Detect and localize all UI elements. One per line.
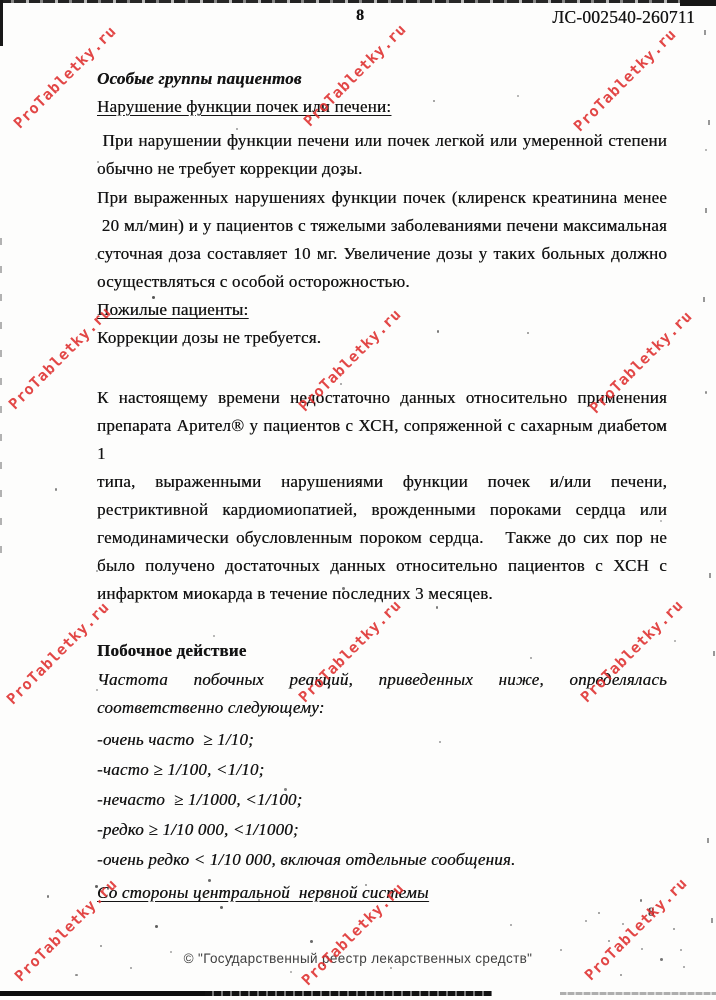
- freq-list-line: -очень редко < 1/10 000, включая отдельн…: [97, 845, 667, 875]
- renal-subheading-line: Нарушение функции почек или печени:: [97, 93, 667, 121]
- scan-edge-dash: [0, 266, 2, 273]
- scan-edge-dash: [0, 434, 2, 441]
- ghost-page-number: 8: [648, 904, 655, 920]
- scan-edge-dash: [0, 238, 2, 245]
- scan-edge-dash: [0, 294, 2, 301]
- para-mild: При нарушении функции печени или почек л…: [97, 127, 667, 183]
- para-severe-line: 20 мл/мин) и у пациентов с тяжелыми забо…: [97, 212, 667, 240]
- scan-speck: [236, 128, 238, 130]
- scan-speck: [437, 330, 439, 333]
- scan-edge-tick: [707, 838, 709, 843]
- scan-speck: [310, 940, 313, 943]
- scan-edge-tick: [711, 918, 713, 923]
- scan-speck: [585, 920, 587, 922]
- freq-list-line: -очень часто ≥ 1/10;: [97, 725, 667, 755]
- scan-speck: [517, 95, 519, 97]
- scan-speck: [660, 958, 663, 961]
- scan-speck: [175, 799, 177, 801]
- scan-speck: [170, 951, 172, 953]
- scan-speck: [152, 296, 155, 299]
- scan-edge-bottom: [0, 991, 205, 996]
- scan-speck: [622, 923, 624, 925]
- freq-list: -очень часто ≥ 1/10;-часто ≥ 1/100, <1/1…: [97, 725, 667, 875]
- special-heading-line: Особые группы пациентов: [97, 65, 667, 93]
- para-severe: При выраженных нарушениях функции почек …: [97, 184, 667, 296]
- footer-copyright: © "Государственный реестр лекарственных …: [0, 951, 716, 966]
- scan-speck: [660, 520, 662, 522]
- elderly-line: Коррекции дозы не требуется.: [97, 324, 667, 352]
- scan-edge-bottom-faint: [560, 992, 716, 995]
- scan-speck: [433, 100, 435, 102]
- freq-list-line: -нечасто ≥ 1/1000, <1/100;: [97, 785, 667, 815]
- scan-speck: [341, 172, 344, 176]
- scan-edge-dash: [0, 350, 2, 357]
- page-number: 8: [348, 7, 372, 25]
- scan-speck: [208, 879, 211, 882]
- para-severe-line: При выраженных нарушениях функции почек …: [97, 184, 667, 212]
- scan-edge-bottom-dashed: [205, 991, 492, 996]
- scan-speck: [705, 391, 707, 394]
- scan-speck: [96, 689, 98, 691]
- scan-speck: [527, 332, 529, 334]
- scan-speck: [258, 899, 260, 901]
- para-insufficient-line: гемодинамически обусловленным пороком се…: [97, 524, 667, 552]
- scan-edge-tick: [703, 297, 705, 302]
- scan-edge-dash: [0, 462, 2, 469]
- freq-list-line: -редко ≥ 1/10 000, <1/1000;: [97, 815, 667, 845]
- scan-edge-left: [0, 0, 3, 46]
- cns-subheading: Со стороны центральной нервной системы: [97, 879, 667, 907]
- scan-edge-dash: [0, 378, 2, 385]
- scan-speck: [230, 955, 233, 958]
- scan-speck: [530, 657, 532, 659]
- freq-list-line: -часто ≥ 1/100, <1/10;: [97, 755, 667, 785]
- para-insufficient-line: К настоящему времени недостаточно данных…: [97, 384, 667, 412]
- scan-speck: [95, 258, 97, 260]
- scan-speck: [130, 967, 132, 969]
- scan-speck: [673, 928, 675, 930]
- scan-edge-tick: [708, 120, 710, 125]
- scan-speck: [155, 925, 158, 928]
- elderly-line-line: Коррекции дозы не требуется.: [97, 324, 667, 352]
- scan-speck: [47, 895, 49, 898]
- scan-speck: [213, 635, 215, 637]
- scan-edge-top: [0, 0, 716, 3]
- para-insufficient-line: инфарктом миокарда в течение последних 3…: [97, 580, 667, 608]
- scan-speck: [96, 570, 98, 572]
- para-insufficient-line: было получено достаточных данных относит…: [97, 552, 667, 580]
- scan-speck: [510, 924, 512, 926]
- scan-edge-tick: [713, 651, 715, 656]
- cns-subheading-line: Со стороны центральной нервной системы: [97, 879, 667, 907]
- scan-speck: [598, 912, 600, 914]
- elderly-subheading: Пожилые пациенты:: [97, 296, 667, 324]
- scan-speck: [439, 741, 441, 743]
- freq-intro: Частота побочных реакций, приведенных ни…: [97, 666, 667, 722]
- scanned-page: 8 ЛС-002540-260711 Особые группы пациент…: [0, 0, 716, 1000]
- special-heading: Особые группы пациентов: [97, 65, 667, 93]
- scan-speck: [680, 949, 682, 951]
- scan-speck: [100, 945, 102, 947]
- registration-number: ЛС-002540-260711: [552, 7, 695, 28]
- scan-speck: [342, 587, 345, 590]
- scan-speck: [705, 149, 707, 151]
- side-effects-heading-line: Побочное действие: [97, 637, 667, 665]
- scan-speck: [290, 971, 292, 973]
- scan-speck: [95, 885, 98, 888]
- scan-edge-dash: [0, 546, 2, 553]
- scan-speck: [640, 899, 642, 902]
- para-mild-line: обычно не требует коррекции дозы.: [97, 155, 667, 183]
- para-mild-line: При нарушении функции печени или почек л…: [97, 127, 667, 155]
- scan-speck: [436, 606, 438, 609]
- scan-speck: [75, 974, 78, 976]
- freq-intro-line: Частота побочных реакций, приведенных ни…: [97, 666, 667, 694]
- scan-speck: [674, 640, 676, 642]
- scan-speck: [620, 974, 622, 976]
- para-insufficient-line: препарата Арител® у пациентов с ХСН, соп…: [97, 412, 667, 468]
- scan-edge-dash: [0, 406, 2, 413]
- scan-speck: [560, 949, 562, 951]
- scan-edge-dash: [0, 322, 2, 329]
- scan-speck: [450, 959, 453, 961]
- scan-edge-tick: [709, 573, 711, 578]
- scan-speck: [220, 906, 223, 909]
- scan-edge-tick: [705, 208, 707, 213]
- scan-speck: [365, 884, 367, 886]
- renal-subheading: Нарушение функции почек или печени:: [97, 93, 667, 121]
- document-body: Особые группы пациентовНарушение функции…: [97, 65, 667, 907]
- scan-edge-tick: [704, 30, 706, 35]
- scan-edge-dash: [0, 490, 2, 497]
- scan-speck: [641, 948, 643, 950]
- para-severe-line: суточная доза составляет 10 мг. Увеличен…: [97, 240, 667, 268]
- para-insufficient-line: типа, выраженными нарушениями функции по…: [97, 468, 667, 496]
- scan-speck: [390, 967, 392, 969]
- scan-speck: [284, 788, 287, 791]
- scan-speck: [608, 940, 610, 942]
- para-severe-line: осуществляться с особой осторожностью.: [97, 268, 667, 296]
- scan-speck: [55, 488, 57, 491]
- freq-intro-line: соответственно следующему:: [97, 694, 667, 722]
- side-effects-heading: Побочное действие: [97, 637, 667, 665]
- scan-edge-top-right: [680, 0, 716, 6]
- elderly-subheading-line: Пожилые пациенты:: [97, 296, 667, 324]
- para-insufficient-line: рестриктивной кардиомиопатией, врожденны…: [97, 496, 667, 524]
- scan-speck: [683, 966, 685, 968]
- scan-speck: [340, 383, 342, 385]
- scan-speck: [420, 890, 422, 892]
- scan-speck: [97, 161, 99, 163]
- para-insufficient: К настоящему времени недостаточно данных…: [97, 384, 667, 608]
- scan-edge-dash: [0, 518, 2, 525]
